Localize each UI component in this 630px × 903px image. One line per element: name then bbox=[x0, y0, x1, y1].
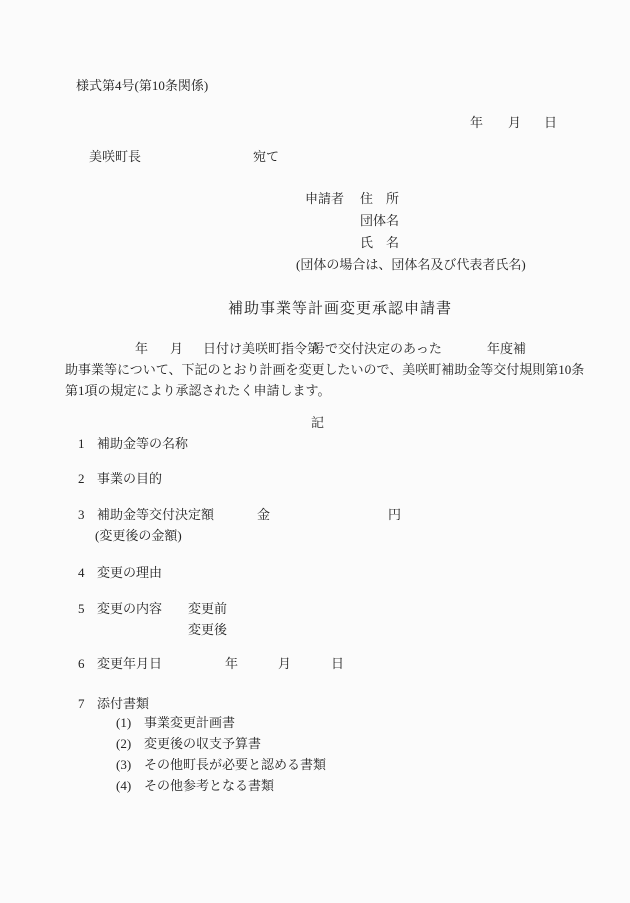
item-3-currency-suffix: 円 bbox=[388, 507, 401, 523]
body-month-label: 月 bbox=[170, 341, 183, 357]
attachment-3-number: (3) bbox=[116, 757, 131, 773]
form-number: 様式第4号(第10条関係) bbox=[76, 78, 208, 94]
addressee-to-label: 宛て bbox=[253, 149, 279, 165]
header-date-year-label: 年 bbox=[470, 115, 483, 131]
item-3-note: (変更後の金額) bbox=[95, 528, 182, 544]
item-7-label: 添付書類 bbox=[97, 696, 149, 712]
header-date-month-label: 月 bbox=[508, 115, 521, 131]
item-5-label: 変更の内容 bbox=[97, 601, 162, 617]
attachment-2-label: 変更後の収支予算書 bbox=[144, 736, 261, 752]
attachment-2-number: (2) bbox=[116, 736, 131, 752]
item-5-after-label: 変更後 bbox=[188, 622, 227, 638]
attachment-4-number: (4) bbox=[116, 778, 131, 794]
attachment-3-label: その他町長が必要と認める書類 bbox=[144, 757, 326, 773]
item-5-number: 5 bbox=[78, 601, 85, 617]
item-4-label: 変更の理由 bbox=[97, 565, 162, 581]
attachment-1-number: (1) bbox=[116, 715, 131, 731]
applicant-label: 申請者 bbox=[305, 191, 344, 207]
body-line1-segment2: 号で交付決定のあった bbox=[312, 341, 442, 357]
item-4-number: 4 bbox=[78, 565, 85, 581]
item-6-number: 6 bbox=[78, 656, 85, 672]
applicant-name-label: 氏 名 bbox=[360, 235, 399, 251]
body-line3: 第1項の規定により承認されたく申請します。 bbox=[65, 383, 330, 399]
item-6-day-label: 日 bbox=[331, 656, 344, 672]
item-2-label: 事業の目的 bbox=[97, 471, 162, 487]
body-line2: 助事業等について、下記のとおり計画を変更したいので、美咲町補助金等交付規則第10… bbox=[65, 362, 584, 378]
body-line1-segment3: 年度補 bbox=[487, 341, 526, 357]
item-7-number: 7 bbox=[78, 696, 85, 712]
item-1-label: 補助金等の名称 bbox=[97, 436, 188, 452]
item-3-currency-prefix: 金 bbox=[257, 507, 270, 523]
attachment-4-label: その他参考となる書類 bbox=[144, 778, 274, 794]
item-6-year-label: 年 bbox=[225, 656, 238, 672]
body-line1-segment1: 日付け美咲町指令第 bbox=[203, 341, 320, 357]
record-mark: 記 bbox=[311, 415, 324, 431]
item-5-before-label: 変更前 bbox=[188, 601, 227, 617]
applicant-address-label: 住 所 bbox=[360, 191, 399, 207]
attachment-1-label: 事業変更計画書 bbox=[144, 715, 235, 731]
item-6-label: 変更年月日 bbox=[97, 656, 162, 672]
body-year-label: 年 bbox=[135, 341, 148, 357]
document-title: 補助事業等計画変更承認申請書 bbox=[228, 300, 452, 318]
document-page: 様式第4号(第10条関係) 年 月 日 美咲町長 宛て 申請者 住 所 団体名 … bbox=[0, 0, 630, 903]
applicant-note: (団体の場合は、団体名及び代表者氏名) bbox=[296, 257, 526, 273]
addressee-title: 美咲町長 bbox=[89, 149, 141, 165]
header-date-day-label: 日 bbox=[544, 115, 557, 131]
item-2-number: 2 bbox=[78, 471, 85, 487]
item-1-number: 1 bbox=[78, 436, 85, 452]
item-6-month-label: 月 bbox=[278, 656, 291, 672]
item-3-label: 補助金等交付決定額 bbox=[97, 507, 214, 523]
item-3-number: 3 bbox=[78, 507, 85, 523]
applicant-group-label: 団体名 bbox=[360, 213, 399, 229]
